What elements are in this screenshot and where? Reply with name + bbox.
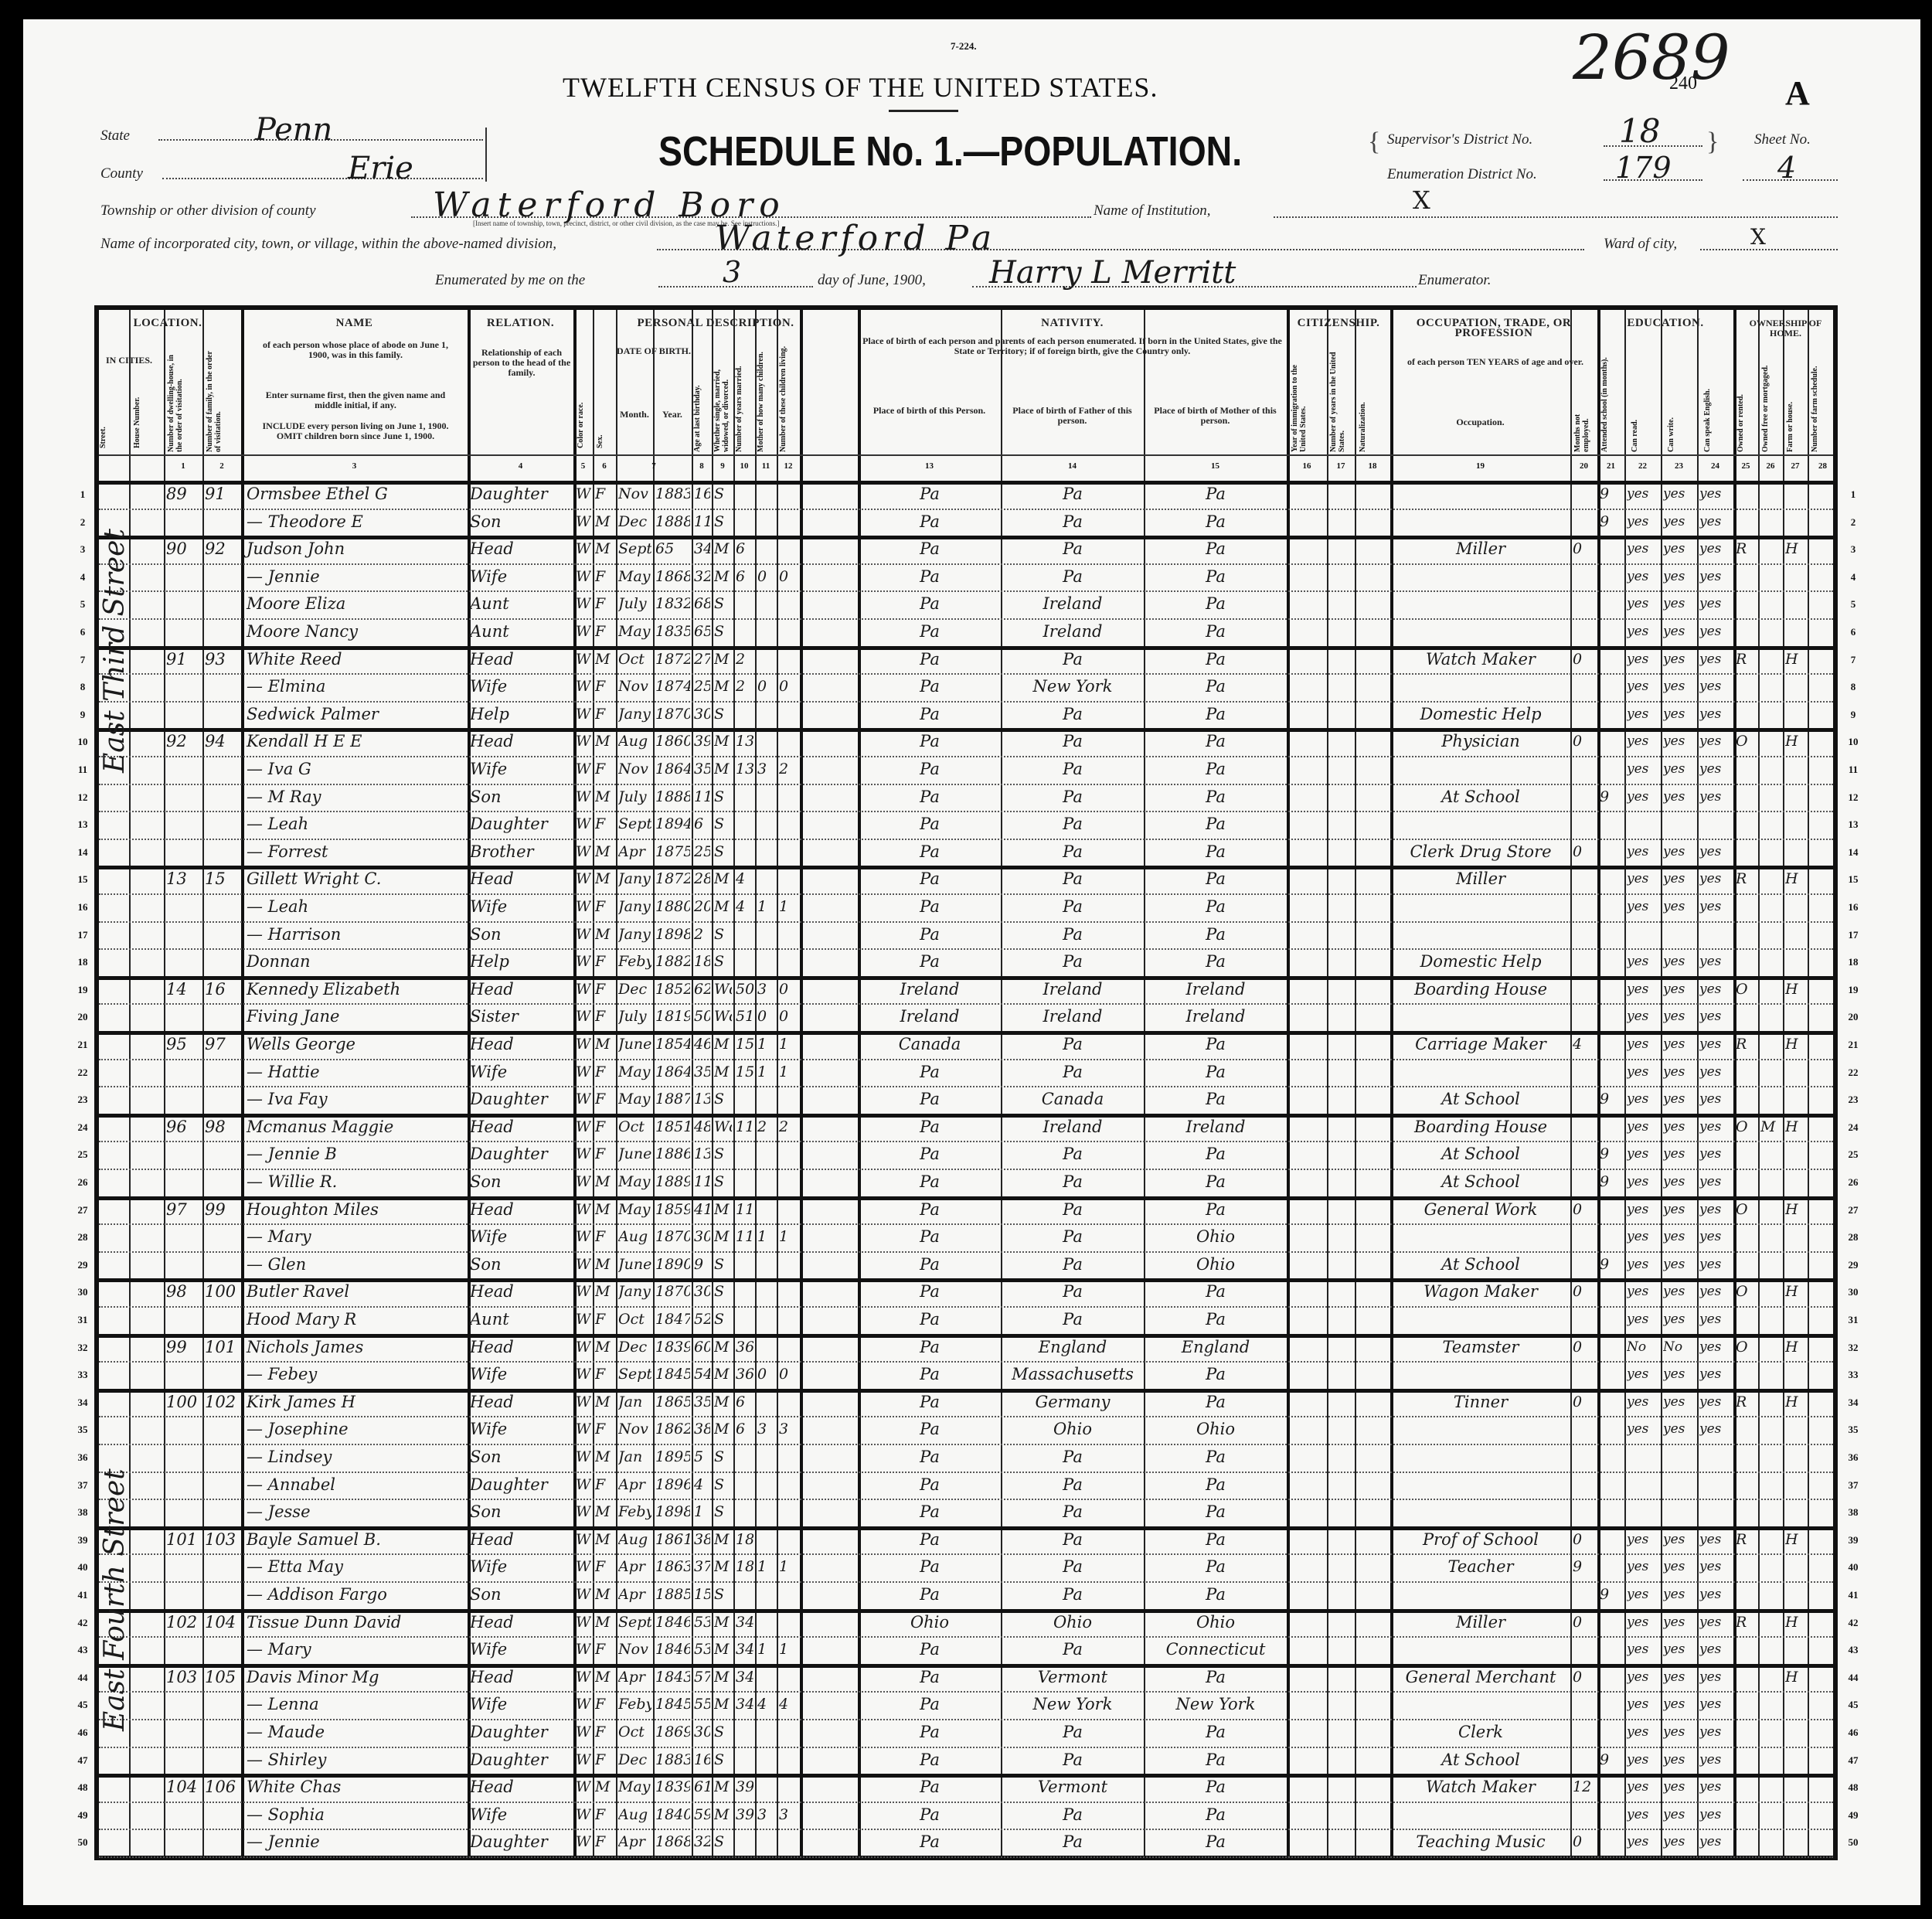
birthplace-person: Pa <box>860 1553 999 1580</box>
sex: F <box>595 1691 614 1717</box>
supervisor-value: 18 <box>1619 112 1660 150</box>
birthplace-mother: Pa <box>1146 811 1285 837</box>
sex: F <box>595 1086 614 1112</box>
population-table: LOCATION.IN CITIES.NAMEof each person wh… <box>94 305 1838 1860</box>
color-race: W <box>576 1141 591 1167</box>
free-mortgaged: M <box>1760 1114 1781 1140</box>
age: 39 <box>694 728 710 754</box>
relation: Wife <box>470 893 572 920</box>
birthplace-father: Ireland <box>1003 590 1142 617</box>
birthplace-mother: Ireland <box>1146 1114 1285 1140</box>
birthplace-mother: Pa <box>1146 756 1285 782</box>
birthplace-father: Pa <box>1003 1802 1142 1828</box>
can-speak-english: yes <box>1699 590 1732 617</box>
birthplace-person: Pa <box>860 728 999 754</box>
marital-status: S <box>714 811 732 837</box>
table-row: — MaryWifeWFAug187030M1111PaPaOhioyesyes… <box>99 1223 1833 1251</box>
birthplace-person: Pa <box>860 509 999 535</box>
age: 46 <box>694 1031 710 1057</box>
can-speak-english: yes <box>1699 1636 1732 1662</box>
can-read: yes <box>1627 728 1659 754</box>
enum-district-value: 179 <box>1615 151 1672 185</box>
can-speak-english: yes <box>1699 1169 1732 1195</box>
marital-status: M <box>714 756 732 782</box>
can-write: yes <box>1663 1829 1696 1855</box>
birthplace-mother: Pa <box>1146 590 1285 617</box>
education-header: EDUCATION. <box>1597 318 1733 328</box>
owned-rented: R <box>1736 536 1757 562</box>
person-name: Moore Nancy <box>243 618 469 645</box>
personal-header: PERSONAL DESCRIPTION. <box>573 318 858 328</box>
row-number-right: 4 <box>1843 571 1863 584</box>
enumerated-day: 3 <box>723 255 741 289</box>
column-number: 16 <box>1291 461 1322 471</box>
table-row: — JennieWifeWFMay186832M600PaPaPayesyesy… <box>99 563 1833 591</box>
person-name: Hood Mary R <box>243 1306 469 1332</box>
birth-month: Nov <box>618 1636 651 1662</box>
can-write: yes <box>1663 701 1696 727</box>
years-married: 6 <box>736 1389 753 1415</box>
relation: Son <box>470 1251 572 1278</box>
dwelling-number: 89 <box>166 481 201 507</box>
row-number-left: 29 <box>73 1259 93 1271</box>
can-speak-english: yes <box>1699 618 1732 645</box>
occupation: Carriage Maker <box>1393 1031 1569 1057</box>
can-speak-english: yes <box>1699 673 1732 699</box>
column-number: 19 <box>1465 461 1496 471</box>
row-number-right: 15 <box>1843 873 1863 886</box>
row-number-left: 31 <box>73 1314 93 1326</box>
schedule-title: SCHEDULE No. 1.—POPULATION. <box>658 128 1242 175</box>
sex: F <box>595 1416 614 1442</box>
sex: M <box>595 728 614 754</box>
sex: F <box>595 1141 614 1167</box>
state-value: Penn <box>255 112 332 148</box>
birth-month: June <box>618 1031 651 1057</box>
relation: Wife <box>470 1059 572 1085</box>
relation: Wife <box>470 1553 572 1580</box>
age: 30 <box>694 1278 710 1305</box>
person-name: — Willie R. <box>243 1169 469 1195</box>
age: 5 <box>694 1444 710 1470</box>
owned-rented: R <box>1736 1389 1757 1415</box>
relation: Help <box>470 948 572 975</box>
enumerated-label: Enumerated by me on the <box>435 272 585 289</box>
can-read: yes <box>1627 1664 1659 1690</box>
enumerated-mid: day of June, 1900, <box>818 272 926 289</box>
row-number-right: 2 <box>1843 516 1863 529</box>
birth-month: May <box>618 1059 651 1085</box>
years-married: 50 <box>736 976 753 1002</box>
column-number: 24 <box>1700 461 1731 471</box>
row-number-right: 9 <box>1843 709 1863 721</box>
years-married-header: Number of years married. <box>735 344 753 452</box>
sex: M <box>595 1278 614 1305</box>
row-number-right: 19 <box>1843 984 1863 996</box>
years-married: 2 <box>736 646 753 672</box>
relation: Help <box>470 701 572 727</box>
children-living: 3 <box>779 1802 798 1828</box>
column-number: 6 <box>589 461 620 471</box>
birth-year: 1864 <box>655 756 690 782</box>
birth-year: 1880 <box>655 893 690 920</box>
county-label: County <box>100 165 143 182</box>
person-name: — Leah <box>243 811 469 837</box>
can-write: yes <box>1663 1389 1696 1415</box>
marital-status: S <box>714 590 732 617</box>
relation: Brother <box>470 839 572 865</box>
margin-street-2: East Fourth Street <box>99 1468 131 1731</box>
birth-month: Aug <box>618 728 651 754</box>
birth-year: 1898 <box>655 921 690 948</box>
birth-year: 1839 <box>655 1774 690 1800</box>
birth-year: 1898 <box>655 1499 690 1525</box>
can-read: yes <box>1627 1829 1659 1855</box>
farm-schedule-header: Number of farm schedule. <box>1811 344 1835 452</box>
children-living: 0 <box>779 976 798 1002</box>
birthplace-person: Pa <box>860 1086 999 1112</box>
birthplace-mother: Pa <box>1146 866 1285 892</box>
birthplace-father: Pa <box>1003 1581 1142 1608</box>
relation: Head <box>470 1774 572 1800</box>
marital-status: S <box>714 948 732 975</box>
birth-month: Dec <box>618 976 651 1002</box>
can-read: yes <box>1627 590 1659 617</box>
years-married: 15 <box>736 1031 753 1057</box>
relation: Wife <box>470 1636 572 1662</box>
birthplace-person: Pa <box>860 1774 999 1800</box>
house-number-header: House Number. <box>133 379 159 448</box>
can-read: yes <box>1627 509 1659 535</box>
age: 2 <box>694 921 710 948</box>
person-name: — Jennie B <box>243 1141 469 1167</box>
mother-of-children: 3 <box>757 1416 775 1442</box>
color-race: W <box>576 866 591 892</box>
can-read: yes <box>1627 1774 1659 1800</box>
marital-status: M <box>714 1223 732 1250</box>
occupation: Teamster <box>1393 1334 1569 1360</box>
can-write: yes <box>1663 1747 1696 1773</box>
row-number-right: 3 <box>1843 543 1863 556</box>
birthplace-mother: Pa <box>1146 1086 1285 1112</box>
birthplace-father: Pa <box>1003 1196 1142 1223</box>
row-number-left: 43 <box>73 1644 93 1656</box>
birthplace-father: Pa <box>1003 646 1142 672</box>
birthplace-mother: Pa <box>1146 1553 1285 1580</box>
can-write: yes <box>1663 1114 1696 1140</box>
birthplace-father: Pa <box>1003 756 1142 782</box>
stamp-subnumber: 240 <box>1669 73 1697 94</box>
school-months: 9 <box>1600 1086 1623 1112</box>
relation: Head <box>470 1196 572 1223</box>
age: 20 <box>694 893 710 920</box>
birthplace-person: Ireland <box>860 976 999 1002</box>
age: 16 <box>694 1747 710 1773</box>
row-number-left: 12 <box>73 791 93 804</box>
table-row: — Iva GWifeWFNov186435M1332PaPaPayesyesy… <box>99 756 1833 784</box>
can-write: yes <box>1663 590 1696 617</box>
row-number-left: 39 <box>73 1534 93 1546</box>
birthplace-father: Pa <box>1003 728 1142 754</box>
birth-month: Jany <box>618 1278 651 1305</box>
dwelling-number: 103 <box>166 1664 201 1690</box>
can-read: yes <box>1627 1251 1659 1278</box>
table-row: Fiving JaneSisterWFJuly181950Wd5100Irela… <box>99 1003 1833 1031</box>
marital-status: M <box>714 536 732 562</box>
age: 30 <box>694 701 710 727</box>
sex: F <box>595 1636 614 1662</box>
year-header: Year. <box>653 410 692 420</box>
children-living-header: Number of these children living. <box>779 344 798 452</box>
table-row: Moore NancyAuntWFMay183565SPaIrelandPaye… <box>99 618 1833 646</box>
form-number: 7-224. <box>951 40 977 53</box>
can-read: yes <box>1627 646 1659 672</box>
occupation: Clerk <box>1393 1719 1569 1745</box>
years-in-us-header: Number of years in the United States. <box>1329 344 1354 452</box>
birthplace-father: England <box>1003 1334 1142 1360</box>
table-row: — LindseySonWMJan18955SPaPaPa <box>99 1444 1833 1472</box>
sheet-label: Sheet No. <box>1754 131 1811 148</box>
ward-value: X <box>1750 224 1766 250</box>
color-race: W <box>576 618 591 645</box>
row-number-right: 47 <box>1843 1754 1863 1767</box>
can-write: yes <box>1663 756 1696 782</box>
occupation: General Merchant <box>1393 1664 1569 1690</box>
column-number: 2 <box>206 461 237 471</box>
table-row: — JesseSonWMFeby18981SPaPaPa <box>99 1499 1833 1526</box>
sheet-letter: A <box>1785 73 1810 113</box>
birth-month: Nov <box>618 673 651 699</box>
age: 54 <box>694 1361 710 1387</box>
column-number: 12 <box>773 461 804 471</box>
age: 65 <box>694 618 710 645</box>
birthplace-father: Pa <box>1003 1472 1142 1498</box>
color-race: W <box>576 701 591 727</box>
children-living: 1 <box>779 1031 798 1057</box>
row-number-left: 48 <box>73 1781 93 1794</box>
can-speak-english: yes <box>1699 1361 1732 1387</box>
can-speak-english: yes <box>1699 1306 1732 1332</box>
color-race: W <box>576 1747 591 1773</box>
family-number: 106 <box>205 1774 240 1800</box>
sex: F <box>595 1306 614 1332</box>
can-speak-english: yes <box>1699 1526 1732 1553</box>
dwelling-number: 100 <box>166 1389 201 1415</box>
row-number-right: 8 <box>1843 681 1863 693</box>
row-number-left: 16 <box>73 901 93 914</box>
color-race: W <box>576 1553 591 1580</box>
birthplace-person: Ireland <box>860 1003 999 1029</box>
months-unemployed: 0 <box>1573 1664 1596 1690</box>
birthplace-mother: Pa <box>1146 1802 1285 1828</box>
relation: Wife <box>470 1223 572 1250</box>
row-number-left: 20 <box>73 1011 93 1023</box>
birth-year: 1843 <box>655 1664 690 1690</box>
institution-value: X <box>1413 185 1430 215</box>
family-number: 105 <box>205 1664 240 1690</box>
birthplace-father: Pa <box>1003 701 1142 727</box>
marital-status: S <box>714 1444 732 1470</box>
sex: F <box>595 618 614 645</box>
can-speak-english: yes <box>1699 948 1732 975</box>
column-number: 18 <box>1357 461 1388 471</box>
table-row: — LennaWifeWFFeby184555M3444PaNew YorkNe… <box>99 1691 1833 1719</box>
birthplace-father: Pa <box>1003 1169 1142 1195</box>
sex: F <box>595 563 614 590</box>
person-name: Fiving Jane <box>243 1003 469 1029</box>
person-name: — Elmina <box>243 673 469 699</box>
birthplace-mother: England <box>1146 1334 1285 1360</box>
table-row: — FebeyWifeWFSept184554M3600PaMassachuse… <box>99 1361 1833 1389</box>
sex: F <box>595 1472 614 1498</box>
mother-of-children: 3 <box>757 976 775 1002</box>
years-married: 4 <box>736 893 753 920</box>
row-number-right: 48 <box>1843 1781 1863 1794</box>
birth-month: Jany <box>618 866 651 892</box>
birthplace-person: Pa <box>860 756 999 782</box>
row-number-right: 38 <box>1843 1506 1863 1519</box>
can-write: yes <box>1663 948 1696 975</box>
row-number-left: 33 <box>73 1369 93 1381</box>
birth-year: 1887 <box>655 1086 690 1112</box>
birthplace-father: Pa <box>1003 1059 1142 1085</box>
birthplace-person: Pa <box>860 1306 999 1332</box>
sex: F <box>595 1114 614 1140</box>
relation-header: RELATION. <box>468 318 573 328</box>
color-race: W <box>576 1196 591 1223</box>
relation: Daughter <box>470 811 572 837</box>
color-race: W <box>576 1774 591 1800</box>
family-number: 98 <box>205 1114 240 1140</box>
color-race: W <box>576 811 591 837</box>
months-unemployed: 0 <box>1573 536 1596 562</box>
birthplace-person: Pa <box>860 1278 999 1305</box>
owned-rented: O <box>1736 1114 1757 1140</box>
owned-rented-header: Owned or rented. <box>1736 344 1757 452</box>
age: 35 <box>694 1389 710 1415</box>
age: 50 <box>694 1003 710 1029</box>
farm-house: H <box>1785 646 1806 672</box>
birth-month: Aug <box>618 1802 651 1828</box>
birthplace-mother: Ohio <box>1146 1223 1285 1250</box>
can-write: yes <box>1663 1196 1696 1223</box>
marital-status: M <box>714 1059 732 1085</box>
location-header: LOCATION. <box>94 318 241 328</box>
dwelling-number: 98 <box>166 1278 201 1305</box>
birthplace-mother: Pa <box>1146 728 1285 754</box>
color-race: W <box>576 1416 591 1442</box>
birthplace-person: Pa <box>860 673 999 699</box>
birthplace-father: New York <box>1003 1691 1142 1717</box>
farm-house: H <box>1785 1389 1806 1415</box>
birth-year: 1883 <box>655 1747 690 1773</box>
farm-house: H <box>1785 1278 1806 1305</box>
person-name: — Iva G <box>243 756 469 782</box>
mother-of-children: 0 <box>757 563 775 590</box>
stamp-number: 2689 <box>1573 22 1730 94</box>
row-number-left: 25 <box>73 1148 93 1161</box>
table-row: 101103Bayle Samuel B.HeadWMAug186138M18P… <box>99 1526 1833 1554</box>
can-write: yes <box>1663 1719 1696 1745</box>
farm-house: H <box>1785 536 1806 562</box>
row-number-right: 13 <box>1843 818 1863 831</box>
can-write: yes <box>1663 1802 1696 1828</box>
dwelling-number: 104 <box>166 1774 201 1800</box>
owned-rented: R <box>1736 646 1757 672</box>
birth-month: Sept <box>618 536 651 562</box>
birth-year: 1885 <box>655 1581 690 1608</box>
marital-status: M <box>714 1553 732 1580</box>
dwelling-number: 97 <box>166 1196 201 1223</box>
row-number-left: 41 <box>73 1589 93 1601</box>
birthplace-person: Pa <box>860 1691 999 1717</box>
color-race: W <box>576 1472 591 1498</box>
name-instr: Enter surname first, then the given name… <box>255 390 456 410</box>
children-living: 0 <box>779 673 798 699</box>
can-read: yes <box>1627 948 1659 975</box>
can-speak-english: yes <box>1699 1389 1732 1415</box>
sex: M <box>595 839 614 865</box>
sex: F <box>595 1003 614 1029</box>
person-name: — Maude <box>243 1719 469 1745</box>
sex: F <box>595 1223 614 1250</box>
birth-month: May <box>618 618 651 645</box>
mother-of-children: 0 <box>757 1003 775 1029</box>
sex: F <box>595 1719 614 1745</box>
table-row: 9294Kendall H E EHeadWMAug186039M13PaPaP… <box>99 728 1833 756</box>
table-row: — Jennie BDaughterWFJune188613SPaPaPaAt … <box>99 1141 1833 1169</box>
age: 25 <box>694 673 710 699</box>
row-number-right: 5 <box>1843 598 1863 611</box>
birthplace-mother: Ireland <box>1146 1003 1285 1029</box>
months-unemployed: 0 <box>1573 728 1596 754</box>
mother-of-children: 0 <box>757 673 775 699</box>
birthplace-person: Pa <box>860 1444 999 1470</box>
row-number-right: 21 <box>1843 1039 1863 1051</box>
can-speak-english: yes <box>1699 536 1732 562</box>
birthplace-father: Pa <box>1003 1636 1142 1662</box>
person-name: Donnan <box>243 948 469 975</box>
table-row: — ShirleyDaughterWFDec188316SPaPaPaAt Sc… <box>99 1747 1833 1774</box>
dwelling-number: 95 <box>166 1031 201 1057</box>
marital-status: M <box>714 1389 732 1415</box>
birthplace-mother: Pa <box>1146 921 1285 948</box>
birthplace-person: Pa <box>860 1499 999 1525</box>
person-name: Kennedy Elizabeth <box>243 976 469 1002</box>
row-number-right: 12 <box>1843 791 1863 804</box>
row-number-right: 49 <box>1843 1809 1863 1822</box>
birth-year: 1896 <box>655 1472 690 1498</box>
dwelling-number: 92 <box>166 728 201 754</box>
children-living: 1 <box>779 1223 798 1250</box>
person-name: — Annabel <box>243 1472 469 1498</box>
marital-status: M <box>714 1031 732 1057</box>
birthplace-person: Pa <box>860 1334 999 1360</box>
street-header: Street. <box>99 379 122 448</box>
sex: M <box>595 1526 614 1553</box>
row-number-left: 14 <box>73 846 93 859</box>
relation: Wife <box>470 1361 572 1387</box>
family-number: 93 <box>205 646 240 672</box>
row-number-left: 10 <box>73 736 93 748</box>
can-read: yes <box>1627 1747 1659 1773</box>
birth-month: Jany <box>618 921 651 948</box>
birthplace-person: Pa <box>860 1747 999 1773</box>
color-race: W <box>576 646 591 672</box>
sex: F <box>595 1747 614 1773</box>
row-number-right: 14 <box>1843 846 1863 859</box>
birth-month: Oct <box>618 1114 651 1140</box>
